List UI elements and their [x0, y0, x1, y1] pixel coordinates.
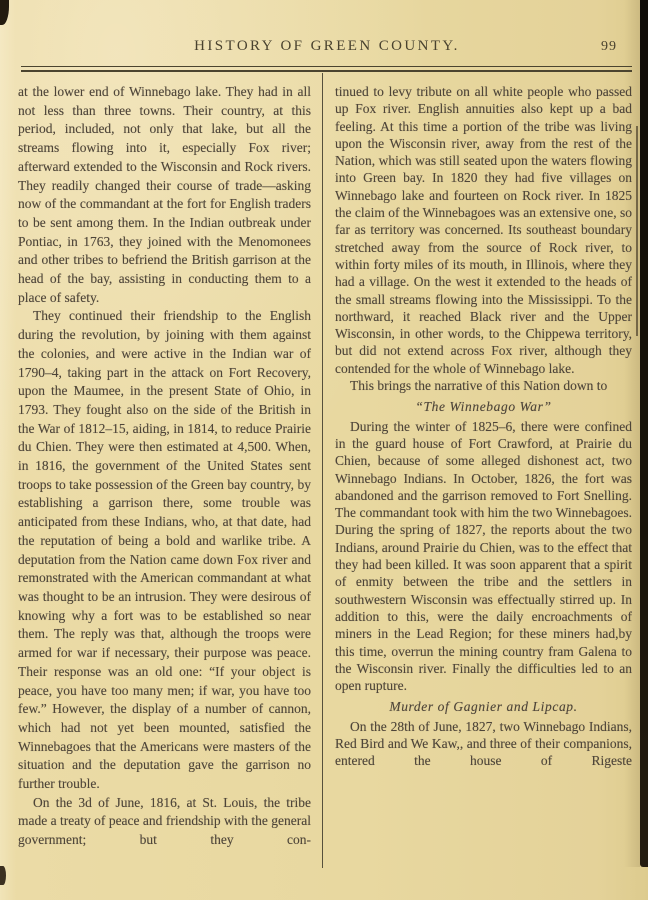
paragraph: They continued their friendship to the E… [18, 307, 311, 793]
right-column: tinued to levy tribute on all white peop… [335, 83, 632, 770]
page-number: 99 [601, 39, 617, 55]
paragraph: This brings the narrative of this Nation… [335, 377, 632, 394]
paragraph: During the winter of 1825–6, there were … [335, 418, 632, 695]
column-divider [322, 73, 323, 868]
page-edge-line [636, 126, 638, 336]
header-rule [21, 66, 632, 72]
paragraph: On the 3d of June, 1816, at St. Louis, t… [18, 794, 311, 850]
running-title: HISTORY OF GREEN COUNTY. [22, 38, 632, 55]
paragraph: at the lower end of Winnebago lake. They… [18, 83, 311, 307]
section-heading: Murder of Gagnier and Lipcap. [335, 698, 632, 715]
section-heading: “The Winnebago War” [335, 398, 632, 415]
scan-artifact-bottom-left-icon [0, 866, 6, 885]
paragraph: On the 28th of June, 1827, two Winnebago… [335, 718, 632, 770]
left-column: at the lower end of Winnebago lake. They… [18, 83, 311, 850]
scanned-page: HISTORY OF GREEN COUNTY. 99 at the lower… [0, 0, 648, 900]
scan-artifact-right-edge [640, 0, 648, 867]
paragraph: tinued to levy tribute on all white peop… [335, 83, 632, 377]
scan-artifact-top-left-icon [0, 0, 9, 25]
